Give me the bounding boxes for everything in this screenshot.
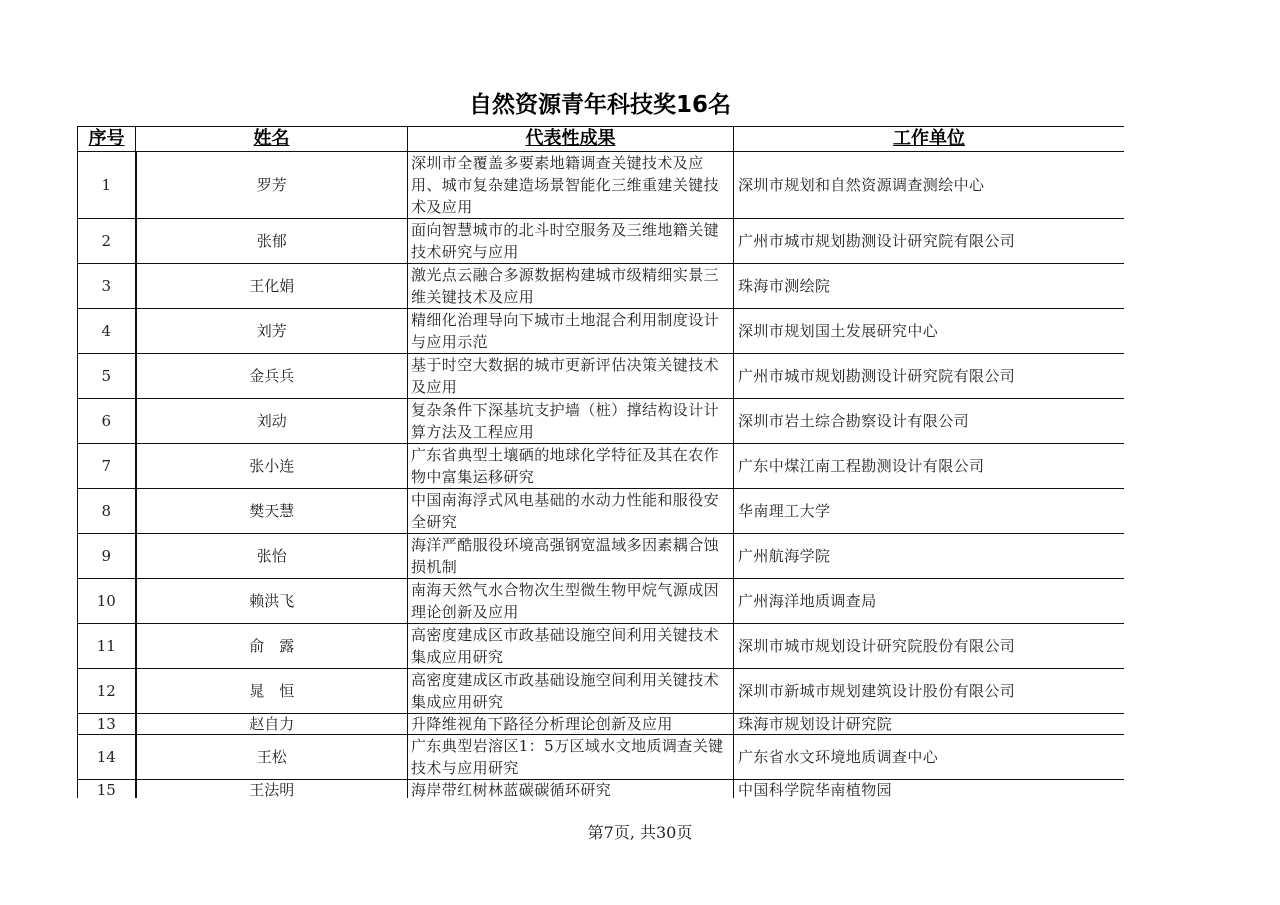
row-achievement: 深圳市全覆盖多要素地籍调查关键技术及应用、城市复杂建造场景智能化三维重建关键技术… bbox=[408, 152, 734, 219]
table-row: 5 金兵兵 基于时空大数据的城市更新评估决策关键技术及应用 广州市城市规划勘测设… bbox=[78, 354, 1125, 399]
row-achievement: 复杂条件下深基坑支护墙（桩）撑结构设计计算方法及工程应用 bbox=[408, 399, 734, 444]
row-name: 金兵兵 bbox=[136, 354, 408, 399]
awards-table-container: 序号 姓名 代表性成果 工作单位 1 罗芳 深圳市全覆盖多要素地籍调查关键技术及… bbox=[77, 126, 1124, 798]
row-name: 俞 露 bbox=[136, 624, 408, 669]
row-organization: 广州市城市规划勘测设计研究院有限公司 bbox=[734, 219, 1125, 264]
table-row: 4 刘芳 精细化治理导向下城市土地混合利用制度设计与应用示范 深圳市规划国土发展… bbox=[78, 309, 1125, 354]
row-name: 刘芳 bbox=[136, 309, 408, 354]
row-organization: 珠海市规划设计研究院 bbox=[734, 714, 1125, 735]
table-row: 1 罗芳 深圳市全覆盖多要素地籍调查关键技术及应用、城市复杂建造场景智能化三维重… bbox=[78, 152, 1125, 219]
row-index: 9 bbox=[78, 534, 136, 579]
table-row: 6 刘动 复杂条件下深基坑支护墙（桩）撑结构设计计算方法及工程应用 深圳市岩土综… bbox=[78, 399, 1125, 444]
header-organization: 工作单位 bbox=[734, 127, 1125, 152]
row-achievement: 广东典型岩溶区1：5万区域水文地质调查关键技术与应用研究 bbox=[408, 735, 734, 780]
header-achievement: 代表性成果 bbox=[408, 127, 734, 152]
header-name: 姓名 bbox=[136, 127, 408, 152]
page-title: 自然资源青年科技奖16名 bbox=[0, 88, 1200, 122]
row-index: 15 bbox=[78, 780, 136, 799]
row-name: 张怡 bbox=[136, 534, 408, 579]
row-name: 刘动 bbox=[136, 399, 408, 444]
row-organization: 中国科学院华南植物园 bbox=[734, 780, 1125, 799]
row-index: 12 bbox=[78, 669, 136, 714]
row-achievement: 激光点云融合多源数据构建城市级精细实景三维关键技术及应用 bbox=[408, 264, 734, 309]
row-organization: 深圳市城市规划设计研究院股份有限公司 bbox=[734, 624, 1125, 669]
row-achievement: 海岸带红树林蓝碳碳循环研究 bbox=[408, 780, 734, 799]
row-index: 2 bbox=[78, 219, 136, 264]
row-organization: 广东省水文环境地质调查中心 bbox=[734, 735, 1125, 780]
row-index: 4 bbox=[78, 309, 136, 354]
row-name: 张郁 bbox=[136, 219, 408, 264]
row-name: 赵自力 bbox=[136, 714, 408, 735]
row-name: 王法明 bbox=[136, 780, 408, 799]
row-organization: 深圳市新城市规划建筑设计股份有限公司 bbox=[734, 669, 1125, 714]
table-row: 13 赵自力 升降维视角下路径分析理论创新及应用 珠海市规划设计研究院 bbox=[78, 714, 1125, 735]
row-name: 赖洪飞 bbox=[136, 579, 408, 624]
row-organization: 深圳市岩土综合勘察设计有限公司 bbox=[734, 399, 1125, 444]
row-achievement: 高密度建成区市政基础设施空间利用关键技术集成应用研究 bbox=[408, 669, 734, 714]
row-achievement: 升降维视角下路径分析理论创新及应用 bbox=[408, 714, 734, 735]
row-name: 王松 bbox=[136, 735, 408, 780]
header-index: 序号 bbox=[78, 127, 136, 152]
row-achievement: 广东省典型土壤硒的地球化学特征及其在农作物中富集运移研究 bbox=[408, 444, 734, 489]
row-organization: 华南理工大学 bbox=[734, 489, 1125, 534]
row-name: 樊天慧 bbox=[136, 489, 408, 534]
row-organization: 深圳市规划国土发展研究中心 bbox=[734, 309, 1125, 354]
row-organization: 广东中煤江南工程勘测设计有限公司 bbox=[734, 444, 1125, 489]
row-name: 晁 恒 bbox=[136, 669, 408, 714]
table-row: 8 樊天慧 中国南海浮式风电基础的水动力性能和服役安全研究 华南理工大学 bbox=[78, 489, 1125, 534]
table-row: 3 王化娟 激光点云融合多源数据构建城市级精细实景三维关键技术及应用 珠海市测绘… bbox=[78, 264, 1125, 309]
row-index: 5 bbox=[78, 354, 136, 399]
table-row: 12 晁 恒 高密度建成区市政基础设施空间利用关键技术集成应用研究 深圳市新城市… bbox=[78, 669, 1125, 714]
row-achievement: 中国南海浮式风电基础的水动力性能和服役安全研究 bbox=[408, 489, 734, 534]
row-achievement: 海洋严酷服役环境高强钢宽温域多因素耦合蚀损机制 bbox=[408, 534, 734, 579]
row-name: 王化娟 bbox=[136, 264, 408, 309]
row-organization: 深圳市规划和自然资源调查测绘中心 bbox=[734, 152, 1125, 219]
row-index: 10 bbox=[78, 579, 136, 624]
row-index: 1 bbox=[78, 152, 136, 219]
row-index: 6 bbox=[78, 399, 136, 444]
row-achievement: 南海天然气水合物次生型微生物甲烷气源成因理论创新及应用 bbox=[408, 579, 734, 624]
row-index: 11 bbox=[78, 624, 136, 669]
awards-table: 序号 姓名 代表性成果 工作单位 1 罗芳 深圳市全覆盖多要素地籍调查关键技术及… bbox=[77, 126, 1124, 798]
row-achievement: 高密度建成区市政基础设施空间利用关键技术集成应用研究 bbox=[408, 624, 734, 669]
row-index: 13 bbox=[78, 714, 136, 735]
row-achievement: 面向智慧城市的北斗时空服务及三维地籍关键技术研究与应用 bbox=[408, 219, 734, 264]
row-index: 7 bbox=[78, 444, 136, 489]
row-achievement: 基于时空大数据的城市更新评估决策关键技术及应用 bbox=[408, 354, 734, 399]
row-name: 张小连 bbox=[136, 444, 408, 489]
page-footer: 第7页, 共30页 bbox=[0, 820, 1280, 843]
row-organization: 珠海市测绘院 bbox=[734, 264, 1125, 309]
table-row: 7 张小连 广东省典型土壤硒的地球化学特征及其在农作物中富集运移研究 广东中煤江… bbox=[78, 444, 1125, 489]
table-header-row: 序号 姓名 代表性成果 工作单位 bbox=[78, 127, 1125, 152]
table-row: 15 王法明 海岸带红树林蓝碳碳循环研究 中国科学院华南植物园 bbox=[78, 780, 1125, 799]
table-row: 11 俞 露 高密度建成区市政基础设施空间利用关键技术集成应用研究 深圳市城市规… bbox=[78, 624, 1125, 669]
table-row: 10 赖洪飞 南海天然气水合物次生型微生物甲烷气源成因理论创新及应用 广州海洋地… bbox=[78, 579, 1125, 624]
row-index: 3 bbox=[78, 264, 136, 309]
table-row: 9 张怡 海洋严酷服役环境高强钢宽温域多因素耦合蚀损机制 广州航海学院 bbox=[78, 534, 1125, 579]
row-organization: 广州市城市规划勘测设计研究院有限公司 bbox=[734, 354, 1125, 399]
row-achievement: 精细化治理导向下城市土地混合利用制度设计与应用示范 bbox=[408, 309, 734, 354]
row-organization: 广州航海学院 bbox=[734, 534, 1125, 579]
row-index: 8 bbox=[78, 489, 136, 534]
row-name: 罗芳 bbox=[136, 152, 408, 219]
row-organization: 广州海洋地质调查局 bbox=[734, 579, 1125, 624]
row-index: 14 bbox=[78, 735, 136, 780]
table-row: 2 张郁 面向智慧城市的北斗时空服务及三维地籍关键技术研究与应用 广州市城市规划… bbox=[78, 219, 1125, 264]
table-row: 14 王松 广东典型岩溶区1：5万区域水文地质调查关键技术与应用研究 广东省水文… bbox=[78, 735, 1125, 780]
